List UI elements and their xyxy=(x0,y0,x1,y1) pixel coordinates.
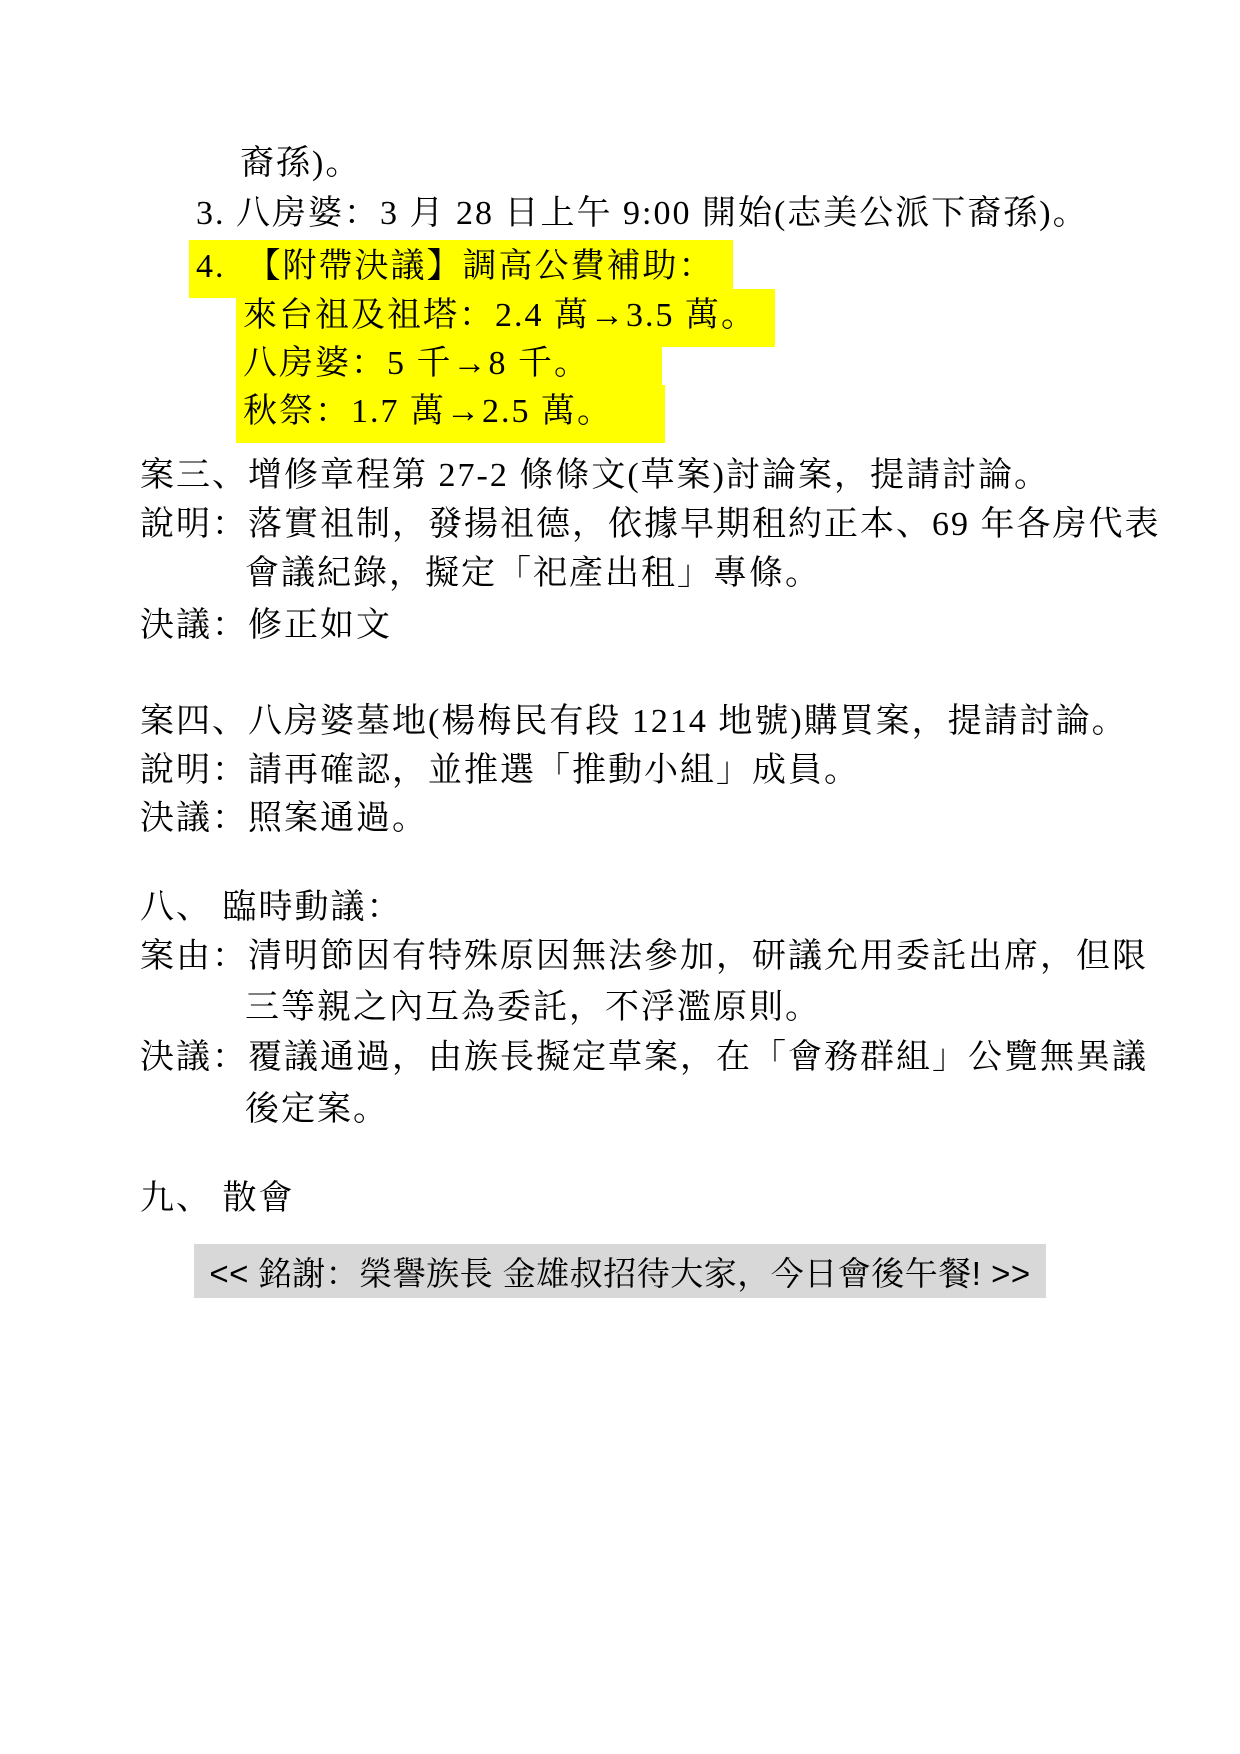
line-text: 決議：覆議通過，由族長擬定草案，在「會務群組」公覽無異議 xyxy=(140,1039,1148,1076)
highlighted-text: 秋祭：1.7 萬→2.5 萬。 xyxy=(236,385,665,443)
line-text: 後定案。 xyxy=(245,1091,389,1128)
thanks-banner: << 銘謝：榮譽族長 金雄叔招待大家，今日會後午餐! >> xyxy=(194,1244,1046,1298)
line-text: 案四、八房婆墓地(楊梅民有段 1214 地號)購買案，提請討論。 xyxy=(140,703,1128,740)
list-item-3-eighth-house-date: 3. 八房婆：3 月 28 日上午 9:00 開始(志美公派下裔孫)。 xyxy=(196,190,1089,238)
thanks-banner-text: << 銘謝：榮譽族長 金雄叔招待大家，今日會後午餐! >> xyxy=(209,1248,1030,1295)
case-4-resolution: 決議：照案通過。 xyxy=(140,795,428,843)
case-3-explanation-line1: 說明：落實祖制，發揚祖德，依據早期租約正本、69 年各房代表 xyxy=(140,501,1161,549)
case-3-title: 案三、增修章程第 27-2 條條文(草案)討論案，提請討論。 xyxy=(140,452,1050,500)
case-3-resolution: 決議：修正如文 xyxy=(140,602,392,650)
line-text: 九、 散會 xyxy=(140,1180,295,1217)
meeting-minutes-page: 裔孫)。 3. 八房婆：3 月 28 日上午 9:00 開始(志美公派下裔孫)。… xyxy=(0,0,1240,1754)
motion-subject-line2: 三等親之內互為委託，不浮濫原則。 xyxy=(245,984,821,1032)
line-text: 決議：修正如文 xyxy=(140,607,392,644)
subsidy-line-autumn-rite: 秋祭：1.7 萬→2.5 萬。 xyxy=(243,385,665,443)
line-text: 說明：落實祖制，發揚祖德，依據早期租約正本、69 年各房代表 xyxy=(140,506,1161,543)
case-3-explanation-line2: 會議紀錄，擬定「祀產出租」專條。 xyxy=(245,550,821,598)
line-text: 八、 臨時動議： xyxy=(140,889,403,926)
motion-resolution-line1: 決議：覆議通過，由族長擬定草案，在「會務群組」公覽無異議 xyxy=(140,1034,1148,1082)
motion-resolution-line2: 後定案。 xyxy=(245,1086,389,1134)
line-text: 會議紀錄，擬定「祀產出租」專條。 xyxy=(245,555,821,592)
section-9-adjournment: 九、 散會 xyxy=(140,1175,295,1223)
motion-subject-line1: 案由：清明節因有特殊原因無法參加，研議允用委託出席，但限 xyxy=(140,933,1148,981)
line-text: 說明：請再確認，並推選「推動小組」成員。 xyxy=(140,752,860,789)
line-text: 案由：清明節因有特殊原因無法參加，研議允用委託出席，但限 xyxy=(140,938,1148,975)
section-8-extempore-motions: 八、 臨時動議： xyxy=(140,884,403,932)
line-text: 三等親之內互為委託，不浮濫原則。 xyxy=(245,989,821,1026)
case-4-title: 案四、八房婆墓地(楊梅民有段 1214 地號)購買案，提請討論。 xyxy=(140,698,1128,746)
line-text: 案三、增修章程第 27-2 條條文(草案)討論案，提請討論。 xyxy=(140,457,1050,494)
case-4-explanation: 說明：請再確認，並推選「推動小組」成員。 xyxy=(140,747,860,795)
line-text: 裔孫)。 xyxy=(240,145,361,182)
line-text: 決議：照案通過。 xyxy=(140,800,428,837)
continuation-line-descendants: 裔孫)。 xyxy=(240,140,361,188)
line-text: 3. 八房婆：3 月 28 日上午 9:00 開始(志美公派下裔孫)。 xyxy=(196,195,1089,232)
